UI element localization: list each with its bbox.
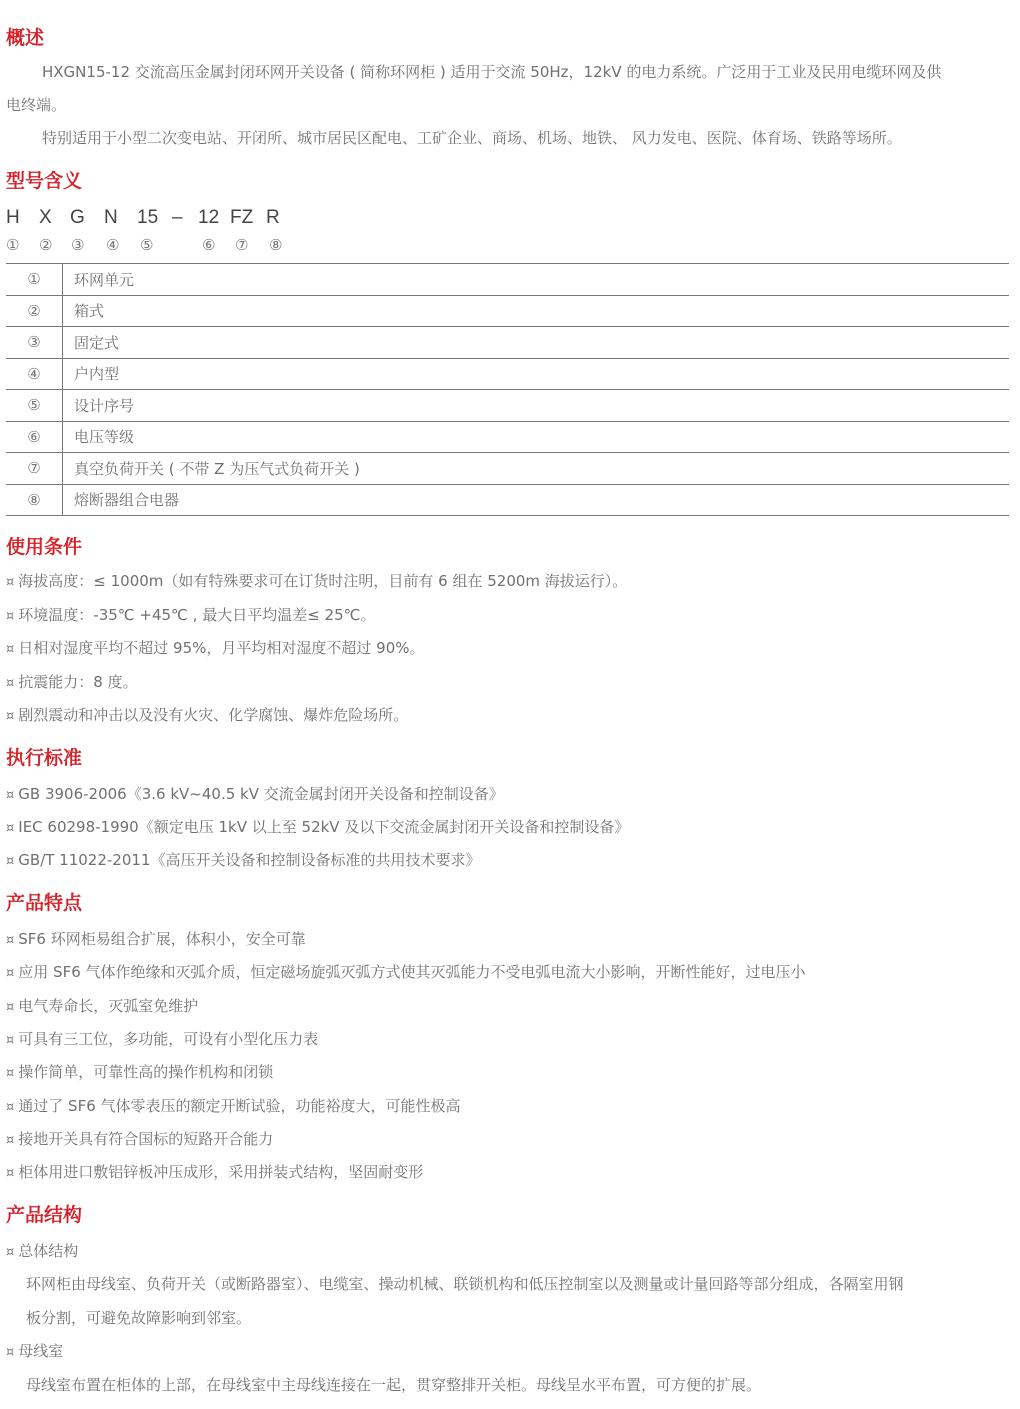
row-description: 设计序号 <box>63 390 1010 422</box>
bullet-icon <box>6 1063 18 1081</box>
subsection-body-line-1: 环网柜由母线室、负荷开关（或断路器室）、电缆室、操动机械、联锁机构和低压控制室以… <box>26 1268 904 1301</box>
row-description: 固定式 <box>63 327 1010 359</box>
table-row: ⑥电压等级 <box>6 421 1009 453</box>
model-code-number: ⑤ <box>140 236 153 254</box>
section-heading-model-meaning: 型号含义 <box>6 169 82 193</box>
list-item-text: 环境温度：-35℃ +45℃ , 最大日平均温差≤ 25℃。 <box>18 606 375 624</box>
subsection-body-line-1: 母线室布置在柜体的上部，在母线室中主母线连接在一起，贯穿整排开关柜。母线呈水平布… <box>26 1369 761 1402</box>
table-row: ⑦真空负荷开关 ( 不带 Z 为压气式负荷开关 ) <box>6 453 1009 485</box>
model-code-number: ③ <box>71 236 84 254</box>
overview-paragraph-1-line-1: HXGN15-12 交流高压金属封闭环网开关设备 ( 简称环网柜 ) 适用于交流… <box>6 56 1016 89</box>
model-code-part: N <box>104 207 118 229</box>
model-code-number: ⑧ <box>269 236 282 254</box>
list-item: GB 3906-2006《3.6 kV~40.5 kV 交流金属封闭开关设备和控… <box>6 778 1016 812</box>
subsection-title: 母线室 <box>18 1342 63 1360</box>
section-heading-standards: 执行标准 <box>6 746 82 770</box>
list-item-text: GB 3906-2006《3.6 kV~40.5 kV 交流金属封闭开关设备和控… <box>18 785 503 803</box>
list-item: 接地开关具有符合国标的短路开合能力 <box>6 1123 1016 1157</box>
row-number: ① <box>6 264 63 296</box>
model-code-part: G <box>70 207 85 229</box>
row-number: ⑧ <box>6 484 63 516</box>
model-code-number: ④ <box>106 236 119 254</box>
model-code-part: 12 <box>198 207 219 229</box>
model-code-number: ⑦ <box>235 236 248 254</box>
list-item-text: 通过了 SF6 气体零表压的额定开断试验，功能裕度大，可能性极高 <box>18 1097 460 1115</box>
row-description: 电压等级 <box>63 421 1010 453</box>
model-code-part: X <box>39 207 52 229</box>
model-code-part: – <box>172 207 183 229</box>
list-item: 总体结构 <box>6 1235 1016 1269</box>
list-item: 抗震能力：8 度。 <box>6 666 1016 700</box>
list-item-text: 操作简单，可靠性高的操作机构和闭锁 <box>18 1063 273 1081</box>
list-item-text: 剧烈震动和冲击以及没有火灾、化学腐蚀、爆炸危险场所。 <box>18 706 408 724</box>
bullet-icon <box>6 930 18 948</box>
list-item-text: 可具有三工位，多功能，可设有小型化压力表 <box>18 1030 318 1048</box>
section-heading-features: 产品特点 <box>6 891 82 915</box>
bullet-icon <box>6 639 18 657</box>
model-code-number: ② <box>39 236 52 254</box>
list-item-text: 柜体用进口敷铝锌板冲压成形，采用拼装式结构，坚固耐变形 <box>18 1163 423 1181</box>
row-number: ③ <box>6 327 63 359</box>
model-code-part: FZ <box>230 207 253 229</box>
list-item-text: 应用 SF6 气体作绝缘和灭弧介质，恒定磁场旋弧灭弧方式使其灭弧能力不受电弧电流… <box>18 963 805 981</box>
list-item: 应用 SF6 气体作绝缘和灭弧介质，恒定磁场旋弧灭弧方式使其灭弧能力不受电弧电流… <box>6 956 1016 990</box>
list-item-text: SF6 环网柜易组合扩展，体积小，安全可靠 <box>18 930 305 948</box>
section-heading-overview: 概述 <box>6 26 44 50</box>
model-code-number: ⑥ <box>202 236 215 254</box>
row-number: ⑦ <box>6 453 63 485</box>
list-item: GB/T 11022-2011《高压开关设备和控制设备标准的共用技术要求》 <box>6 844 1016 878</box>
model-code-part: 15 <box>137 207 158 229</box>
row-number: ⑤ <box>6 390 63 422</box>
model-meaning-table: ①环网单元 ②箱式 ③固定式 ④户内型 ⑤设计序号 ⑥电压等级 ⑦真空负荷开关 … <box>6 263 1009 516</box>
list-item-text: 抗震能力：8 度。 <box>18 673 137 691</box>
bullet-icon <box>6 997 18 1015</box>
bullet-icon <box>6 963 18 981</box>
overview-paragraph-2: 特别适用于小型二次变电站、开闭所、城市居民区配电、工矿企业、商场、机场、地铁、 … <box>6 122 1016 155</box>
list-item: 日相对湿度平均不超过 95%，月平均相对湿度不超过 90%。 <box>6 632 1016 666</box>
overview-paragraph-1-line-2: 电终端。 <box>6 89 1016 122</box>
row-number: ⑥ <box>6 421 63 453</box>
list-item: 操作简单，可靠性高的操作机构和闭锁 <box>6 1056 1016 1090</box>
list-item: IEC 60298-1990《额定电压 1kV 以上至 52kV 及以下交流金属… <box>6 811 1016 845</box>
row-description: 户内型 <box>63 358 1010 390</box>
table-row: ②箱式 <box>6 295 1009 327</box>
list-item: 可具有三工位，多功能，可设有小型化压力表 <box>6 1023 1016 1057</box>
row-description: 环网单元 <box>63 264 1010 296</box>
list-item: 环境温度：-35℃ +45℃ , 最大日平均温差≤ 25℃。 <box>6 599 1016 633</box>
table-row: ①环网单元 <box>6 264 1009 296</box>
bullet-icon <box>6 1242 18 1260</box>
table-row: ③固定式 <box>6 327 1009 359</box>
row-description: 真空负荷开关 ( 不带 Z 为压气式负荷开关 ) <box>63 453 1010 485</box>
list-item-text: 日相对湿度平均不超过 95%，月平均相对湿度不超过 90%。 <box>18 639 424 657</box>
bullet-icon <box>6 1163 18 1181</box>
bullet-icon <box>6 673 18 691</box>
bullet-icon <box>6 1130 18 1148</box>
bullet-icon <box>6 1342 18 1360</box>
subsection-title: 总体结构 <box>18 1242 78 1260</box>
bullet-icon <box>6 818 18 836</box>
table-row: ⑤设计序号 <box>6 390 1009 422</box>
row-description: 熔断器组合电器 <box>63 484 1010 516</box>
bullet-icon <box>6 606 18 624</box>
bullet-icon <box>6 1030 18 1048</box>
list-item-text: 电气寿命长，灭弧室免维护 <box>18 997 198 1015</box>
bullet-icon <box>6 785 18 803</box>
model-code-number: ① <box>6 236 19 254</box>
row-number: ② <box>6 295 63 327</box>
subsection-body-line-2: 板分割，可避免故障影响到邻室。 <box>26 1302 251 1335</box>
list-item: 剧烈震动和冲击以及没有火灾、化学腐蚀、爆炸危险场所。 <box>6 699 1016 733</box>
row-description: 箱式 <box>63 295 1010 327</box>
list-item: 电气寿命长，灭弧室免维护 <box>6 990 1016 1024</box>
bullet-icon <box>6 706 18 724</box>
bullet-icon <box>6 572 18 590</box>
list-item: 通过了 SF6 气体零表压的额定开断试验，功能裕度大，可能性极高 <box>6 1090 1016 1124</box>
bullet-icon <box>6 851 18 869</box>
list-item-text: 海拔高度：≤ 1000m（如有特殊要求可在订货时注明，目前有 6 组在 5200… <box>18 572 627 590</box>
table-row: ④户内型 <box>6 358 1009 390</box>
list-item: 母线室 <box>6 1335 1016 1369</box>
list-item-text: GB/T 11022-2011《高压开关设备和控制设备标准的共用技术要求》 <box>18 851 480 869</box>
list-item-text: 接地开关具有符合国标的短路开合能力 <box>18 1130 273 1148</box>
section-heading-conditions: 使用条件 <box>6 535 82 559</box>
list-item: SF6 环网柜易组合扩展，体积小，安全可靠 <box>6 923 1016 957</box>
section-heading-structure: 产品结构 <box>6 1203 82 1227</box>
list-item-text: IEC 60298-1990《额定电压 1kV 以上至 52kV 及以下交流金属… <box>18 818 629 836</box>
list-item: 海拔高度：≤ 1000m（如有特殊要求可在订货时注明，目前有 6 组在 5200… <box>6 565 1016 599</box>
model-code-part: R <box>266 207 280 229</box>
list-item: 柜体用进口敷铝锌板冲压成形，采用拼装式结构，坚固耐变形 <box>6 1156 1016 1190</box>
bullet-icon <box>6 1097 18 1115</box>
model-code-part: H <box>6 207 20 229</box>
table-row: ⑧熔断器组合电器 <box>6 484 1009 516</box>
row-number: ④ <box>6 358 63 390</box>
